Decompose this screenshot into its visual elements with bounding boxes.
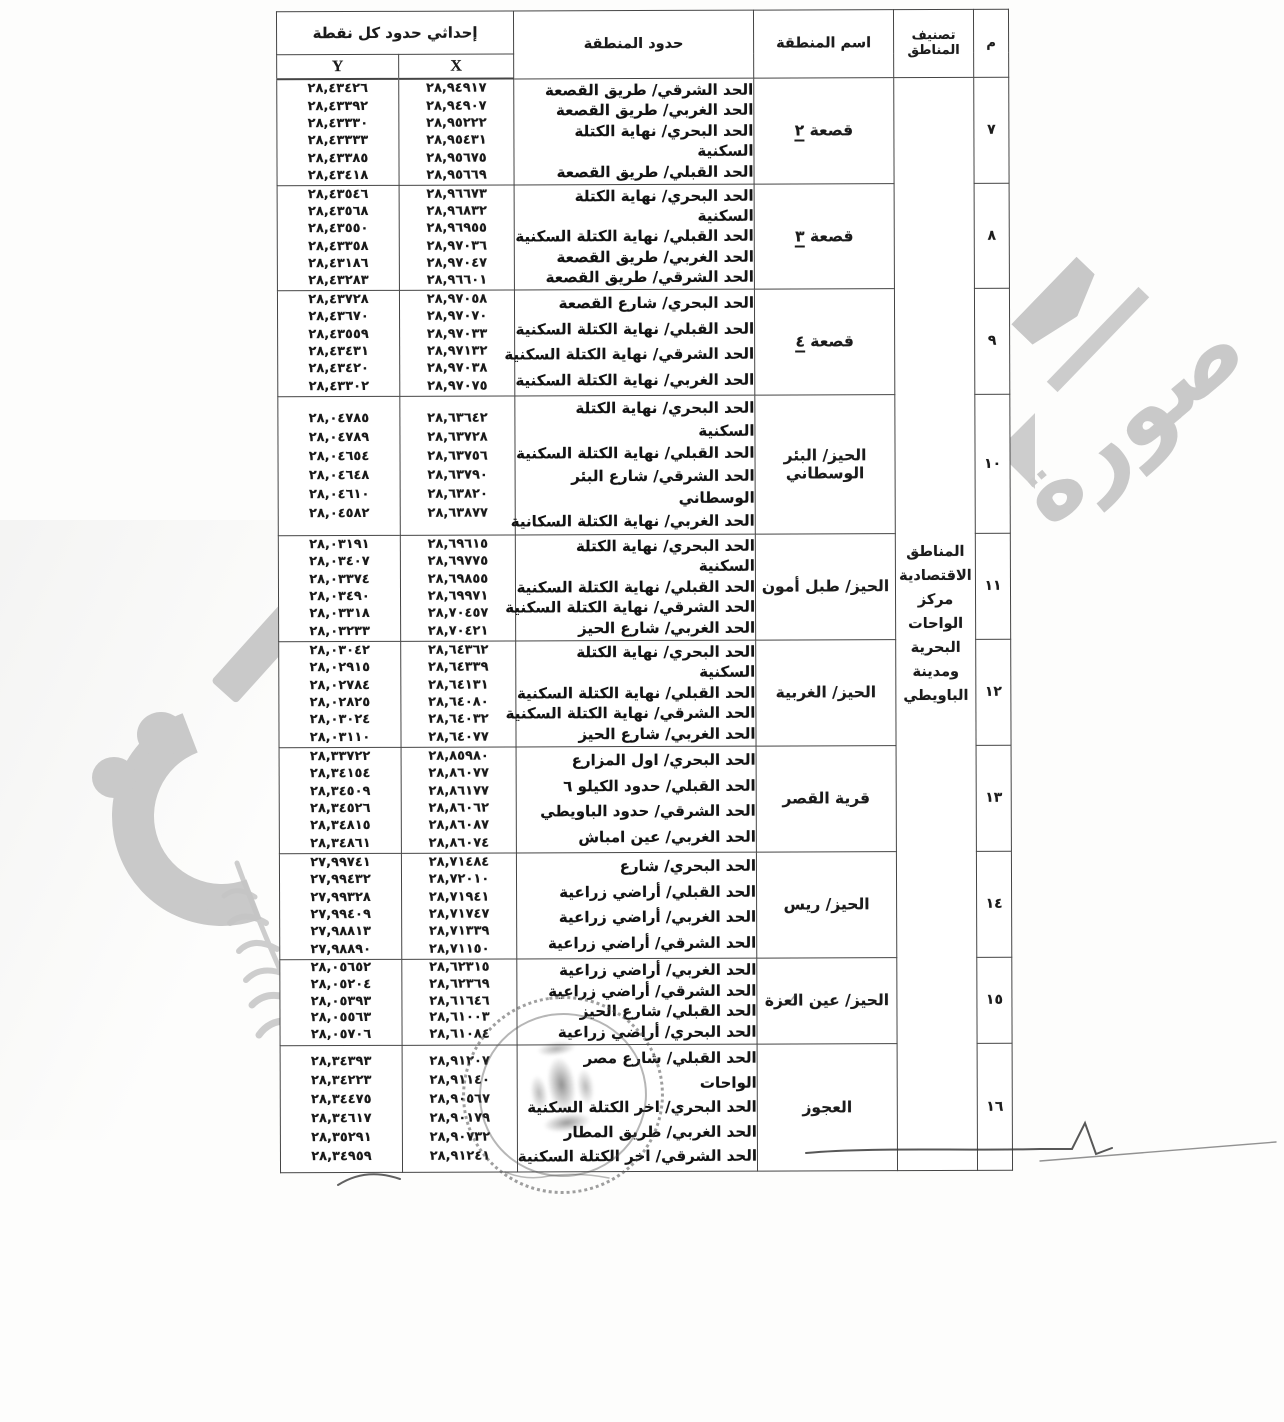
boundary-line: الحد البحري/ نهاية الكتلة [516, 536, 755, 557]
coordinate-value: ٢٨,٦٣٨٧٧ [401, 503, 515, 522]
coordinate-value: ٢٨,٦٩٧٧٥ [401, 553, 515, 571]
coordinate-value: ٢٨,٦٢٣٦٩ [402, 976, 516, 993]
boundary-line: الحد البحري/ شارع [517, 854, 756, 880]
coordinate-value: ٢٨,٩٧١٣٢ [400, 342, 514, 360]
x-values-cell: ٢٨,٩٧٠٥٨٢٨,٩٧٠٧٠٢٨,٩٧٠٣٣٢٨,٩٧١٣٢٢٨,٩٧٠٣٨… [399, 289, 514, 395]
boundary-line: السكنية [515, 419, 754, 442]
coordinate-value: ٢٨,٤٣٤٢٠ [278, 360, 399, 378]
boundary-line: الحد الشرقي/ نهاية الكتلة السكنية [516, 703, 755, 724]
coordinate-value: ٢٨,٩٤٩١٧ [399, 80, 513, 98]
coordinate-value: ٢٨,٣٣٧٢٢ [280, 748, 401, 766]
coordinate-value: ٢٨,٤٣٣٣٠ [277, 115, 398, 133]
coordinate-value: ٢٨,٩٧٠٥٨ [400, 290, 514, 308]
serial-cell: ٧ [974, 77, 1009, 183]
table-body: ٧المناطق الاقتصادية مركز الواحات البحرية… [277, 77, 1013, 1173]
coordinate-value: ٢٨,٤٣٤٢٦ [277, 80, 398, 98]
coordinate-value: ٢٨,٧٠٤٥٧ [401, 605, 515, 623]
area-name-cell: الحيز/ طبل أمون [755, 533, 895, 639]
stamp-eagle-emblem [513, 1030, 611, 1151]
boundary-line: الحد البحري/ نهاية الكتلة [515, 397, 754, 420]
coordinate-value: ٢٨,٠٤٧٨٥ [278, 408, 399, 427]
coordinate-value: ٢٨,٠٥٥٦٣ [280, 1010, 401, 1027]
coordinate-value: ٢٨,٦٤٠٨٠ [401, 693, 515, 711]
coordinate-value: ٢٨,٤٣٢٨٣ [278, 272, 399, 290]
boundary-line: السكنية [516, 662, 755, 683]
boundary-line: السكنية [515, 206, 754, 227]
boundary-line: الحد القبلي/ أراضي زراعية [517, 879, 756, 905]
coordinate-value: ٢٨,٤٣٤٣١ [278, 343, 399, 361]
coordinate-value: ٢٨,٣٥٢٩١ [281, 1127, 402, 1146]
x-values-cell: ٢٨,٩٦٦٧٣٢٨,٩٦٨٣٢٢٨,٩٦٩٥٥٢٨,٩٧٠٣٦٢٨,٩٧٠٤٧… [399, 184, 514, 289]
coordinate-value: ٢٨,٠٣٠٤٢ [279, 642, 400, 660]
coordinate-value: ٢٨,٤٣٦٧٠ [278, 308, 399, 326]
coordinate-value: ٢٨,٧١٧٤٧ [402, 905, 516, 923]
coordinate-value: ٢٨,٠٤٦٥٤ [278, 446, 399, 465]
watermark-dot [92, 757, 136, 798]
coordinate-value: ٢٨,٤٣٥٦٨ [278, 203, 399, 221]
boundaries-cell: الحد البحري/ نهاية الكتلةالسكنيةالحد الق… [514, 184, 754, 290]
area-name-cell: الحيز/ الغربية [756, 639, 896, 745]
coordinate-value: ٢٨,٤٣٣٥٨ [278, 237, 399, 255]
table-row: ٧المناطق الاقتصادية مركز الواحات البحرية… [277, 77, 1009, 186]
area-name-cell: العجوز [757, 1043, 897, 1170]
boundary-line: الحد القبلي/ نهاية الكتلة السكنية [515, 316, 754, 342]
serial-cell: ١٣ [976, 745, 1011, 851]
coordinate-value: ٢٨,٧١٣٣٩ [402, 923, 516, 941]
underlined-area-number: ٤ [795, 332, 805, 352]
coordinate-value: ٢٨,٨٥٩٨٠ [402, 747, 516, 765]
boundary-line: الحد البحري/ نهاية الكتلة [516, 642, 755, 663]
coordinate-value: ٢٨,٠٢٩١٥ [279, 659, 400, 677]
boundary-line: الحد الغربي/ طريق القصعة [514, 100, 753, 121]
boundaries-cell: الحد الشرقي/ طريق القصعةالحد الغربي/ طري… [514, 78, 754, 185]
coordinate-value: ٢٨,٩٦٦٧٣ [400, 185, 514, 203]
boundaries-cell: الحد البحري/ نهاية الكتلةالسكنيةالحد الق… [516, 640, 756, 747]
boundary-line: الحد الغربي/ شارع الحيز [516, 723, 755, 744]
coordinate-value: ٢٨,٤٣٥٥٩ [278, 326, 399, 344]
boundary-line: الحد البحري/ شارع القصعة [515, 291, 754, 317]
coordinate-value: ٢٨,٠٤٦٤٨ [279, 465, 400, 484]
boundary-line: الحد الشرقي/ شارع البئر [516, 464, 755, 487]
boundary-line: الحد البحري/ نهاية الكتلة [515, 186, 754, 207]
y-values-cell: ٢٨,٣٤٣٩٣٢٨,٣٤٢٢٣٢٨,٣٤٤٧٥٢٨,٣٤٦١٧٢٨,٣٥٢٩١… [280, 1045, 402, 1172]
coordinate-value: ٢٨,٠٥٣٩٣ [280, 993, 401, 1010]
coordinate-value: ٢٨,٦٣٨٢٠ [401, 484, 515, 503]
coordinate-value: ٢٨,٦٣٧٩٠ [401, 465, 515, 484]
boundary-line: الحد الشرقي/ طريق القصعة [514, 80, 753, 101]
coordinate-value: ٢٨,٠٤٥٨٢ [279, 503, 400, 522]
coordinate-value: ٢٨,٦٤٣٣٩ [401, 659, 515, 677]
boundary-line: الحد القبلي/ نهاية الكتلة السكنية [516, 576, 755, 597]
watermark-dot [137, 712, 185, 757]
x-values-cell: ٢٨,٦٤٣٦٢٢٨,٦٤٣٣٩٢٨,٦٤١٣١٢٨,٦٤٠٨٠٢٨,٦٤٠٣٢… [401, 640, 516, 746]
coordinate-value: ٢٨,٦٤٠٣٢ [401, 711, 515, 729]
coordinate-value: ٢٨,٤٣٣٠٢ [278, 378, 399, 396]
y-values-cell: ٢٨,٠٣٠٤٢٢٨,٠٢٩١٥٢٨,٠٢٧٨٤٢٨,٠٢٨٢٥٢٨,٠٣٠٢٤… [279, 641, 401, 747]
coordinate-value: ٢٨,٧٠٤٢١ [401, 622, 515, 640]
coordinate-value: ٢٨,٩٥٦٦٩ [400, 166, 514, 184]
boundary-line: الحد الشرقي/ نهاية الكتلة السكنية [516, 597, 755, 618]
coordinate-value: ٢٧,٩٩٧٤١ [280, 854, 401, 872]
coordinate-value: ٢٨,٦٣٧٢٨ [400, 427, 514, 446]
coordinate-value: ٢٨,٠٥٧٠٦ [281, 1027, 402, 1044]
area-name-cell: الحيز/ عين العزة [757, 957, 897, 1043]
coordinate-value: ٢٨,٣٤٢٢٣ [281, 1070, 402, 1089]
coordinate-value: ٢٨,٩٧٠٣٦ [400, 237, 514, 255]
coordinate-value: ٢٨,٩٦٩٥٥ [400, 220, 514, 238]
coordinate-value: ٢٧,٩٩٤٠٩ [280, 906, 401, 924]
serial-cell: ١١ [975, 533, 1010, 639]
coordinate-value: ٢٨,٣٤٩٥٩ [281, 1146, 402, 1165]
boundary-line: الحد الشرقي/ حدود الباويطي [517, 799, 756, 825]
coordinate-value: ٢٨,٩٧٠٤٧ [400, 254, 514, 272]
coordinate-value: ٢٨,٨٦٠٧٧ [402, 765, 516, 783]
boundaries-cell: الحد البحري/ شارع القصعةالحد القبلي/ نها… [514, 289, 754, 396]
coordinate-value: ٢٨,٣٤٣٩٣ [281, 1051, 402, 1070]
boundary-line: الحد الغربي/ نهاية الكتلة السكانية [516, 509, 755, 532]
coordinate-value: ٢٨,٤٣٣٣٣ [277, 132, 398, 150]
classification-cell: المناطق الاقتصادية مركز الواحات البحرية … [894, 77, 978, 1170]
coordinate-value: ٢٨,٩٧٠٧٥ [400, 377, 514, 395]
x-values-cell: ٢٨,٦٩٦١٥٢٨,٦٩٧٧٥٢٨,٦٩٨٥٥٢٨,٦٩٩٧١٢٨,٧٠٤٥٧… [400, 534, 515, 640]
coordinate-value: ٢٨,٣٤٨٦١ [280, 835, 401, 853]
coordinate-value: ٢٨,٩٥٤٣١ [399, 132, 513, 150]
serial-cell: ١٥ [977, 957, 1012, 1043]
underlined-area-number: ٢ [795, 121, 805, 141]
header-x: X [399, 54, 514, 79]
boundary-line: الوسطاني [516, 487, 755, 510]
coordinate-value: ٢٨,٠٢٨٢٥ [279, 694, 400, 712]
y-values-cell: ٢٨,٤٣٧٢٨٢٨,٤٣٦٧٠٢٨,٤٣٥٥٩٢٨,٤٣٤٣١٢٨,٤٣٤٢٠… [277, 290, 399, 396]
header-serial: م [973, 9, 1008, 77]
header-y: Y [277, 54, 399, 79]
coordinate-value: ٢٨,٩٦٦٠١ [400, 271, 514, 289]
boundary-line: الحد الغربي/ نهاية الكتلة السكنية [515, 367, 754, 393]
area-boundaries-table: م تصنيف المناطق اسم المنطقة حدود المنطقة… [276, 9, 1013, 1173]
coordinate-value: ٢٨,٤٣٥٤٦ [278, 186, 399, 204]
underlined-area-number: ٣ [795, 227, 805, 247]
coordinate-value: ٢٨,٣٤٦١٧ [281, 1108, 402, 1127]
area-name-cell: قصعة ٤ [754, 288, 894, 394]
coordinate-value: ٢٨,٧١٩٤١ [402, 888, 516, 906]
boundary-line: الحد الشرقي/ نهاية الكتلة السكنية [515, 342, 754, 368]
coordinate-value: ٢٨,٣٤٤٧٥ [281, 1089, 402, 1108]
coordinate-value: ٢٨,٠٣٢٣٣ [279, 623, 400, 641]
x-values-cell: ٢٨,٧١٤٨٤٢٨,٧٢٠١٠٢٨,٧١٩٤١٢٨,٧١٧٤٧٢٨,٧١٣٣٩… [401, 852, 516, 958]
coordinate-value: ٢٨,٩٧٠٧٠ [400, 308, 514, 326]
boundary-line: الحد الغربي/ أراضي زراعية [517, 905, 756, 931]
coordinate-value: ٢٧,٩٩٤٣٢ [280, 871, 401, 889]
boundary-line: الحد الغربي/ شارع الحيز [516, 617, 755, 638]
header-classification: تصنيف المناطق [893, 9, 973, 77]
coordinate-value: ٢٨,٨٦٠٦٢ [402, 799, 516, 817]
coordinate-value: ٢٨,٦٩٩٧١ [401, 587, 515, 605]
y-values-cell: ٢٧,٩٩٧٤١٢٧,٩٩٤٣٢٢٧,٩٩٣٢٨٢٧,٩٩٤٠٩٢٧,٩٨٨١٣… [279, 853, 401, 959]
area-name-cell: قصعة ٢ [754, 77, 894, 183]
coordinate-value: ٢٨,٩٤٩٠٧ [399, 97, 513, 115]
y-values-cell: ٢٨,٤٣٤٢٦٢٨,٤٣٣٩٢٢٨,٤٣٣٣٠٢٨,٤٣٣٣٣٢٨,٤٣٣٨٥… [277, 79, 399, 185]
serial-cell: ٩ [974, 288, 1009, 394]
coordinate-value: ٢٧,٩٨٨١٣ [280, 923, 401, 941]
coordinate-value: ٢٨,٤٣٤١٨ [278, 167, 399, 185]
coordinate-value: ٢٨,٠٣٣١٨ [279, 605, 400, 623]
coordinate-value: ٢٨,٧١٤٨٤ [402, 853, 516, 871]
header-coordinates-group: إحداثي حدود كل نقطة [276, 11, 513, 55]
boundary-line: الحد القبلي/ نهاية الكتلة السكنية [516, 682, 755, 703]
boundary-line: الحد الغربي/ أراضي زراعية [517, 960, 756, 981]
coordinate-value: ٢٨,٨٦١٧٧ [402, 782, 516, 800]
coordinate-value: ٢٨,٩٧٠٣٨ [400, 360, 514, 378]
coordinate-value: ٢٨,٤٣٣٨٥ [277, 149, 398, 167]
coordinate-value: ٢٨,٠٣٤٩٠ [279, 588, 400, 606]
coordinate-value: ٢٨,٠٤٧٨٩ [278, 427, 399, 446]
coordinate-value: ٢٨,٦٣٧٥٦ [401, 446, 515, 465]
coordinate-value: ٢٨,٦٣٦٤٢ [400, 408, 514, 427]
boundary-line: الحد البحري/ نهاية الكتلة [514, 120, 753, 141]
boundary-line: الحد الشرقي/ أراضي زراعية [517, 930, 756, 956]
coordinate-value: ٢٨,٨٦٠٨٧ [402, 817, 516, 835]
scanned-document-page: صورة م تصنيف المناطق اسم المنطقة حدود ال… [0, 0, 1284, 1422]
coordinate-value: ٢٨,٤٣٥٥٠ [278, 220, 399, 238]
boundary-line: الحد الشرقي/ طريق القصعة [515, 266, 754, 287]
header-area-name: اسم المنطقة [753, 10, 893, 78]
area-name-cell: قصعة ٣ [754, 183, 894, 288]
coordinate-value: ٢٨,٠٣٠٢٤ [279, 711, 400, 729]
coordinate-value: ٢٨,٠٣١٩١ [279, 536, 400, 554]
area-name-cell: الحيز/ ريس [756, 851, 896, 957]
coordinate-value: ٢٨,٠٥٢٠٤ [280, 977, 401, 994]
area-name-cell: الحيز/ البئر الوسطاني [755, 394, 895, 533]
boundaries-cell: الحد البحري/ نهاية الكتلةالسكنيةالحد الق… [515, 395, 755, 535]
coordinate-value: ٢٧,٩٩٣٢٨ [280, 889, 401, 907]
coordinate-value: ٢٨,٠٣٤٠٧ [279, 553, 400, 571]
coordinate-value: ٢٨,٨٦٠٧٤ [402, 834, 516, 852]
boundary-line: الحد الغربي/ طريق القصعة [515, 246, 754, 267]
coordinate-value: ٢٨,٦٤٠٧٧ [401, 728, 515, 746]
coordinate-value: ٢٨,٣٤٥٢٦ [280, 800, 401, 818]
coordinate-value: ٢٨,٩٥٢٢٢ [399, 114, 513, 132]
coordinate-value: ٢٨,٦٤١٣١ [401, 676, 515, 694]
coordinate-value: ٢٨,٧٢٠١٠ [402, 871, 516, 889]
coordinate-value: ٢٨,٤٣١٨٦ [278, 255, 399, 273]
coordinate-value: ٢٨,٠٢٧٨٤ [279, 677, 400, 695]
y-values-cell: ٢٨,٤٣٥٤٦٢٨,٤٣٥٦٨٢٨,٤٣٥٥٠٢٨,٤٣٣٥٨٢٨,٤٣١٨٦… [277, 185, 399, 290]
coordinate-value: ٢٨,٤٣٧٢٨ [278, 291, 399, 309]
boundary-line: الحد البحري/ اول المزارع [517, 748, 756, 774]
area-name-cell: قرية القصر [756, 745, 896, 851]
coordinate-value: ٢٨,٩٦٨٣٢ [400, 203, 514, 221]
boundary-line: الحد القبلي/ طريق القصعة [515, 161, 754, 182]
boundaries-cell: الحد البحري/ شارعالحد القبلي/ أراضي زراع… [516, 852, 756, 959]
boundary-line: السكنية [514, 141, 753, 162]
coordinate-value: ٢٨,٦٤٣٦٢ [401, 641, 515, 659]
serial-cell: ١٤ [976, 851, 1011, 957]
coordinate-value: ٢٨,٩٧٠٣٣ [400, 325, 514, 343]
coordinate-value: ٢٨,٧١١٥٠ [402, 940, 516, 958]
coordinate-value: ٢٨,٦١٦٤٦ [402, 993, 516, 1010]
table-header: م تصنيف المناطق اسم المنطقة حدود المنطقة… [276, 9, 1008, 79]
serial-cell: ١٠ [975, 394, 1010, 533]
serial-cell: ٨ [974, 183, 1009, 288]
coordinate-value: ٢٨,٠٣١١٠ [279, 729, 400, 747]
coordinate-value: ٢٨,٦٢٣١٥ [402, 959, 516, 976]
serial-cell: ١٢ [976, 639, 1011, 745]
coordinate-value: ٢٨,٣٤١٥٤ [280, 765, 401, 783]
boundary-line: الحد القبلي/ نهاية الكتلة السكنية [515, 442, 754, 465]
serial-cell: ١٦ [977, 1043, 1012, 1170]
coordinate-value: ٢٨,٠٥٦٥٢ [280, 960, 401, 977]
boundary-line: السكنية [516, 556, 755, 577]
coordinate-value: ٢٧,٩٨٨٩٠ [280, 941, 401, 959]
coordinate-value: ٢٨,٤٣٣٩٢ [277, 97, 398, 115]
coordinate-value: ٢٨,٩٥٦٧٥ [399, 149, 513, 167]
coordinate-value: ٢٨,٦٩٨٥٥ [401, 570, 515, 588]
coordinate-value: ٢٨,٦٩٦١٥ [401, 535, 515, 553]
y-values-cell: ٢٨,٠٤٧٨٥٢٨,٠٤٧٨٩٢٨,٠٤٦٥٤٢٨,٠٤٦٤٨٢٨,٠٤٦١٠… [278, 396, 401, 535]
boundaries-cell: الحد البحري/ نهاية الكتلةالسكنيةالحد الق… [515, 534, 755, 641]
boundary-line: الحد الغربي/ عين امباش [517, 824, 756, 850]
coordinate-value: ٢٨,٠٤٦١٠ [279, 484, 400, 503]
boundary-line: الحد القبلي/ حدود الكيلو ٦ [517, 773, 756, 799]
y-values-cell: ٢٨,٠٣١٩١٢٨,٠٣٤٠٧٢٨,٠٣٣٧٤٢٨,٠٣٤٩٠٢٨,٠٣٣١٨… [278, 535, 400, 641]
coordinate-value: ٢٨,٣٤٥٠٩ [280, 783, 401, 801]
y-values-cell: ٢٨,٠٥٦٥٢٢٨,٠٥٢٠٤٢٨,٠٥٣٩٣٢٨,٠٥٥٦٣٢٨,٠٥٧٠٦ [280, 959, 402, 1045]
x-values-cell: ٢٨,٩٤٩١٧٢٨,٩٤٩٠٧٢٨,٩٥٢٢٢٢٨,٩٥٤٣١٢٨,٩٥٦٧٥… [399, 78, 514, 184]
coordinate-value: ٢٨,٣٤٨١٥ [280, 817, 401, 835]
x-values-cell: ٢٨,٦٣٦٤٢٢٨,٦٣٧٢٨٢٨,٦٣٧٥٦٢٨,٦٣٧٩٠٢٨,٦٣٨٢٠… [400, 395, 515, 534]
boundaries-cell: الحد البحري/ اول المزارعالحد القبلي/ حدو… [516, 746, 756, 853]
header-boundaries: حدود المنطقة [513, 10, 753, 78]
boundary-line: الحد القبلي/ نهاية الكتلة السكنية [515, 226, 754, 247]
y-values-cell: ٢٨,٣٣٧٢٢٢٨,٣٤١٥٤٢٨,٣٤٥٠٩٢٨,٣٤٥٢٦٢٨,٣٤٨١٥… [279, 747, 401, 853]
x-values-cell: ٢٨,٨٥٩٨٠٢٨,٨٦٠٧٧٢٨,٨٦١٧٧٢٨,٨٦٠٦٢٢٨,٨٦٠٨٧… [401, 746, 516, 852]
coordinate-value: ٢٨,٠٣٣٧٤ [279, 571, 400, 589]
